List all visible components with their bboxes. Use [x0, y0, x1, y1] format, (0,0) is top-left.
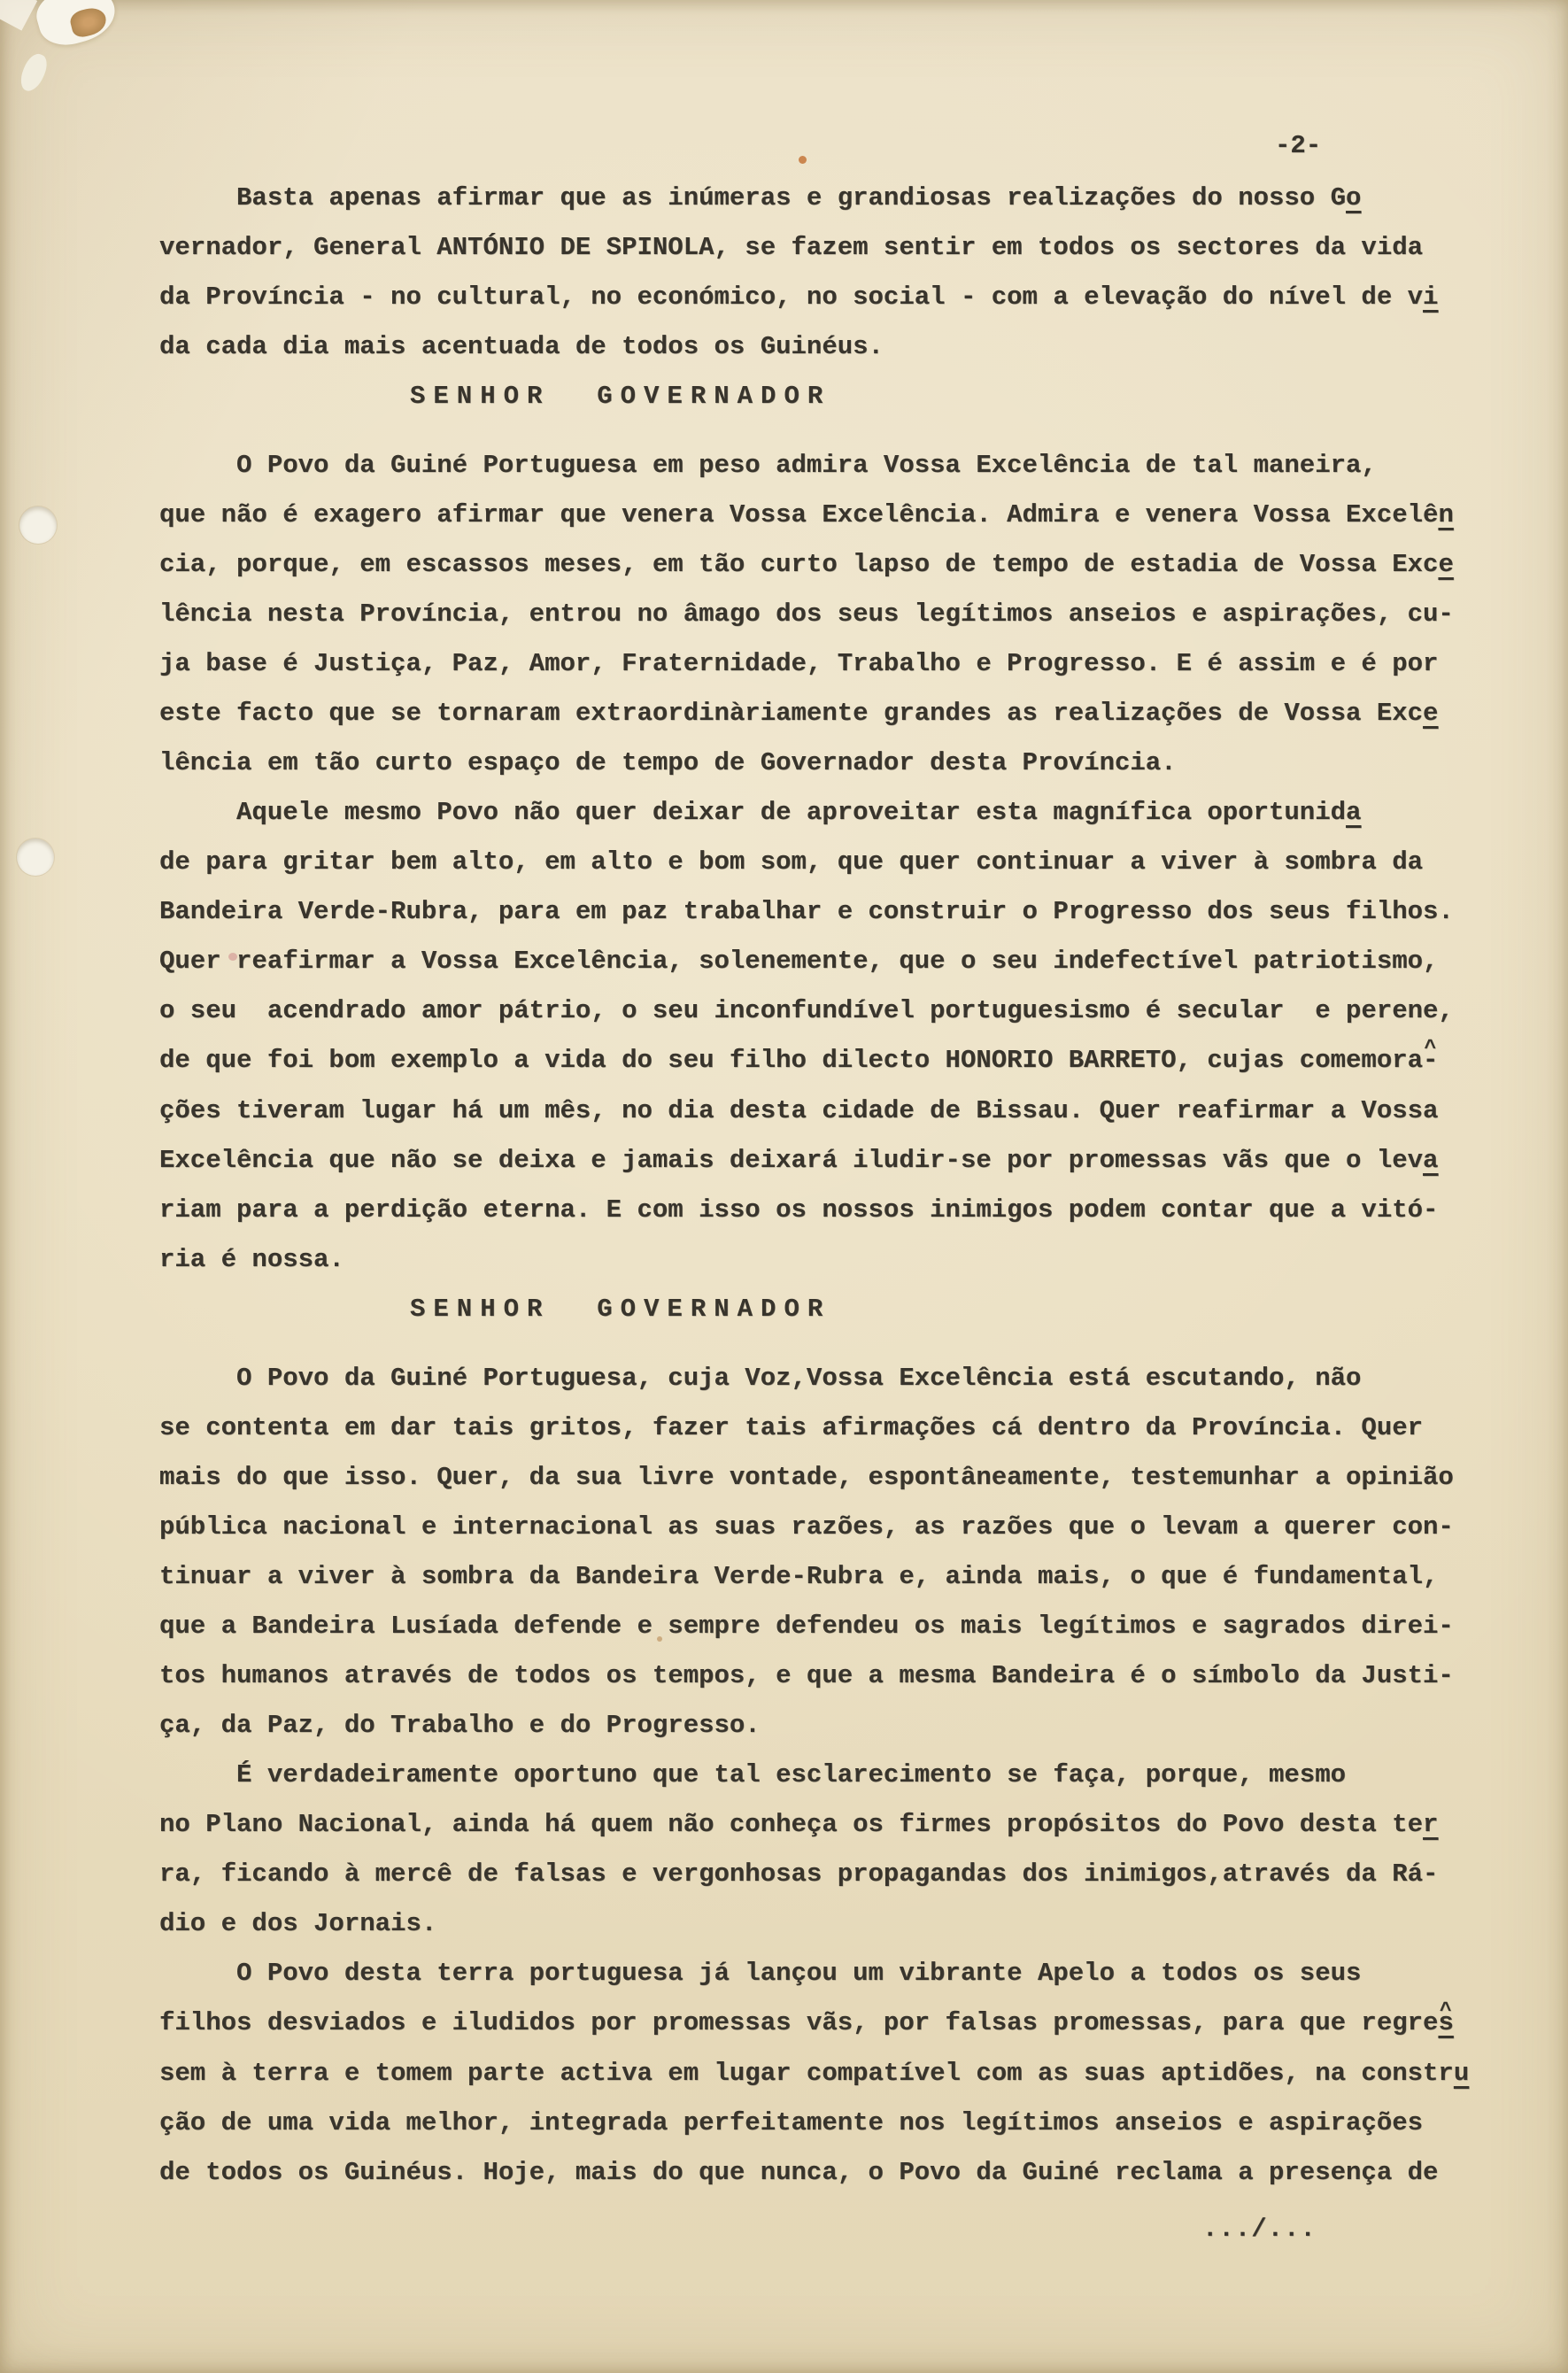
text-line: O Povo da Guiné Portuguesa, cuja Voz,Vos… [159, 1354, 1505, 1403]
paragraph-3: Aquele mesmo Povo não quer deixar de apr… [159, 788, 1505, 1285]
text-line: tinuar a viver à sombra da Bandeira Verd… [159, 1552, 1505, 1602]
text-line: Basta apenas afirmar que as inúmeras e g… [159, 174, 1505, 223]
text-line: sem à terra e tomem parte activa em luga… [159, 2049, 1505, 2099]
text-line: que não é exagero afirmar que venera Vos… [159, 491, 1505, 540]
text-line: pública nacional e internacional as suas… [159, 1503, 1505, 1552]
text-line: ça, da Paz, do Trabalho e do Progresso. [159, 1701, 1505, 1751]
page-number: -2- [1275, 131, 1321, 160]
document-body: Basta apenas afirmar que as inúmeras e g… [159, 174, 1505, 2254]
text-line: O Povo desta terra portuguesa já lançou … [159, 1949, 1505, 1998]
text-line: ja base é Justiça, Paz, Amor, Fraternida… [159, 639, 1505, 689]
text-line: Aquele mesmo Povo não quer deixar de apr… [159, 788, 1505, 838]
text-line: cia, porque, em escassos meses, em tão c… [159, 540, 1505, 590]
text-line: ria é nossa. [159, 1235, 1505, 1285]
text-line: dio e dos Jornais. [159, 1899, 1505, 1949]
continuation-mark: .../... [159, 2205, 1505, 2254]
text-line: lência nesta Província, entrou no âmago … [159, 590, 1505, 639]
text-line: filhos desviados e iludidos por promessa… [159, 1998, 1505, 2049]
text-line: este facto que se tornaram extraordinàri… [159, 689, 1505, 738]
section-heading-2: SENHOR GOVERNADOR [159, 1285, 1505, 1334]
text-line: mais do que isso. Quer, da sua livre von… [159, 1453, 1505, 1503]
text-line: Quer reafirmar a Vossa Excelência, solen… [159, 937, 1505, 986]
text-line: lência em tão curto espaço de tempo de G… [159, 738, 1505, 788]
text-line: no Plano Nacional, ainda há quem não con… [159, 1800, 1505, 1850]
rust-speck [799, 156, 807, 164]
text-line: vernador, General ANTÓNIO DE SPINOLA, se… [159, 223, 1505, 273]
section-heading-1: SENHOR GOVERNADOR [159, 372, 1505, 421]
paper-tear [17, 50, 51, 95]
paragraph-4: O Povo da Guiné Portuguesa, cuja Voz,Vos… [159, 1354, 1505, 1751]
text-line: riam para a perdição eterna. E com isso … [159, 1186, 1505, 1235]
document-page: -2- Basta apenas afirmar que as inúmeras… [0, 0, 1568, 2373]
paper-tear [0, 0, 37, 31]
text-line: de todos os Guinéus. Hoje, mais do que n… [159, 2148, 1505, 2198]
text-line: Bandeira Verde-Rubra, para em paz trabal… [159, 887, 1505, 937]
text-line: se contenta em dar tais gritos, fazer ta… [159, 1403, 1505, 1453]
text-line: da Província - no cultural, no económico… [159, 273, 1505, 322]
text-line: de para gritar bem alto, em alto e bom s… [159, 838, 1505, 887]
text-line: de que foi bom exemplo a vida do seu fil… [159, 1036, 1505, 1086]
text-line: que a Bandeira Lusíada defende e sempre … [159, 1602, 1505, 1651]
text-line: da cada dia mais acentuada de todos os G… [159, 322, 1505, 372]
text-line: ções tiveram lugar há um mês, no dia des… [159, 1086, 1505, 1136]
text-line: tos humanos através de todos os tempos, … [159, 1651, 1505, 1701]
text-line: ra, ficando à mercê de falsas e vergonho… [159, 1850, 1505, 1899]
text-line: O Povo da Guiné Portuguesa em peso admir… [159, 441, 1505, 491]
punch-hole [17, 839, 54, 876]
paragraph-1: Basta apenas afirmar que as inúmeras e g… [159, 174, 1505, 372]
text-line: É verdadeiramente oportuno que tal escla… [159, 1751, 1505, 1800]
paragraph-5: É verdadeiramente oportuno que tal escla… [159, 1751, 1505, 1949]
paragraph-6: O Povo desta terra portuguesa já lançou … [159, 1949, 1505, 2198]
text-line: o seu acendrado amor pátrio, o seu incon… [159, 986, 1505, 1036]
punch-hole [19, 506, 57, 544]
paragraph-2: O Povo da Guiné Portuguesa em peso admir… [159, 441, 1505, 788]
text-line: Excelência que não se deixa e jamais dei… [159, 1136, 1505, 1186]
text-line: ção de uma vida melhor, integrada perfei… [159, 2099, 1505, 2148]
